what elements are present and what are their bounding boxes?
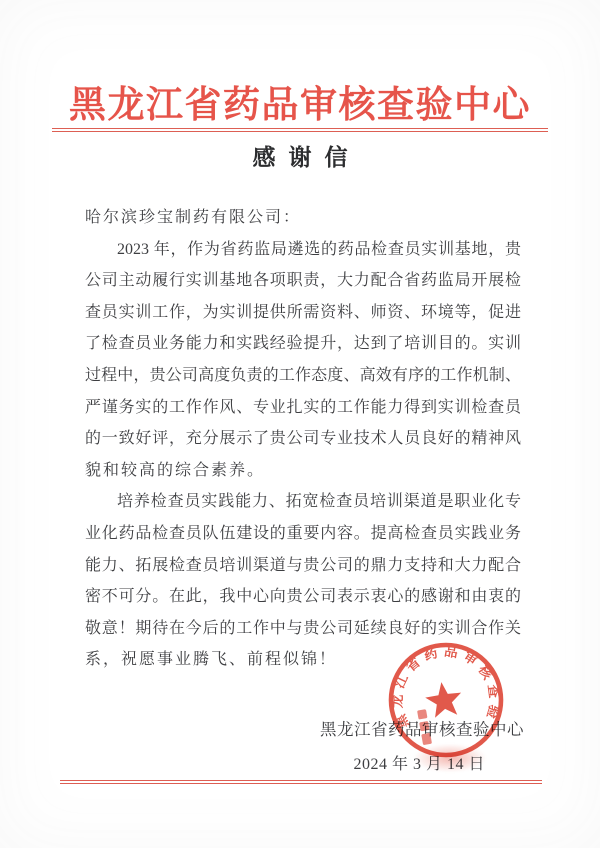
svg-text:黑龙江省药品审核查验中心: 黑龙江省药品审核查验中心: [389, 643, 504, 731]
letter-page: 黑龙江省药品审核查验中心 感谢信 哈尔滨珍宝制药有限公司： 2023 年，作为省…: [0, 0, 600, 848]
seal-code-marks: [417, 709, 432, 745]
letter-body: 哈尔滨珍宝制药有限公司： 2023 年，作为省药监局遴选的药品检查员实训基地，贵…: [85, 202, 521, 676]
body-line: 了检查员业务能力和实践经验提升，达到了培训目的。实训: [85, 328, 521, 360]
body-line: 查员实训工作，为实训提供所需资料、师资、环境等，促进: [85, 297, 521, 329]
body-line: 能力、拓展检查员培训渠道与贵公司的鼎力支持和大力配合: [85, 550, 521, 582]
seal-star-icon: [423, 680, 464, 719]
letter-title: 感谢信: [0, 139, 600, 172]
footer-divider: [60, 780, 542, 784]
body-line: 密不可分。在此，我中心向贵公司表示衷心的感谢和由衷的: [85, 581, 521, 613]
seal-arc-text: 黑龙江省药品审核查验中心: [389, 643, 504, 731]
letterhead-divider: [52, 128, 548, 132]
body-line: 公司主动履行实训基地各项职责，大力配合省药监局开展检: [85, 265, 521, 297]
body-line: 过程中，贵公司高度负责的工作态度、高效有序的工作机制、: [85, 360, 521, 392]
letterhead-org-name: 黑龙江省药品审核查验中心: [0, 74, 600, 128]
body-line: 貌和较高的综合素养。: [85, 455, 521, 487]
body-line: 业化药品检查员队伍建设的重要内容。提高检查员实践业务: [85, 518, 521, 550]
body-line: 的一致好评，充分展示了贵公司专业技术人员良好的精神风: [85, 423, 521, 455]
body-line: 严谨务实的工作作风、专业扎实的工作能力得到实训检查员: [85, 392, 521, 424]
body-line: 2023 年，作为省药监局遴选的药品检查员实训基地，贵: [85, 234, 521, 266]
seal-ink-smudge: [414, 744, 486, 772]
salutation: 哈尔滨珍宝制药有限公司：: [85, 202, 521, 234]
body-line: 培养检查员实践能力、拓宽检查员培训渠道是职业化专: [85, 486, 521, 518]
